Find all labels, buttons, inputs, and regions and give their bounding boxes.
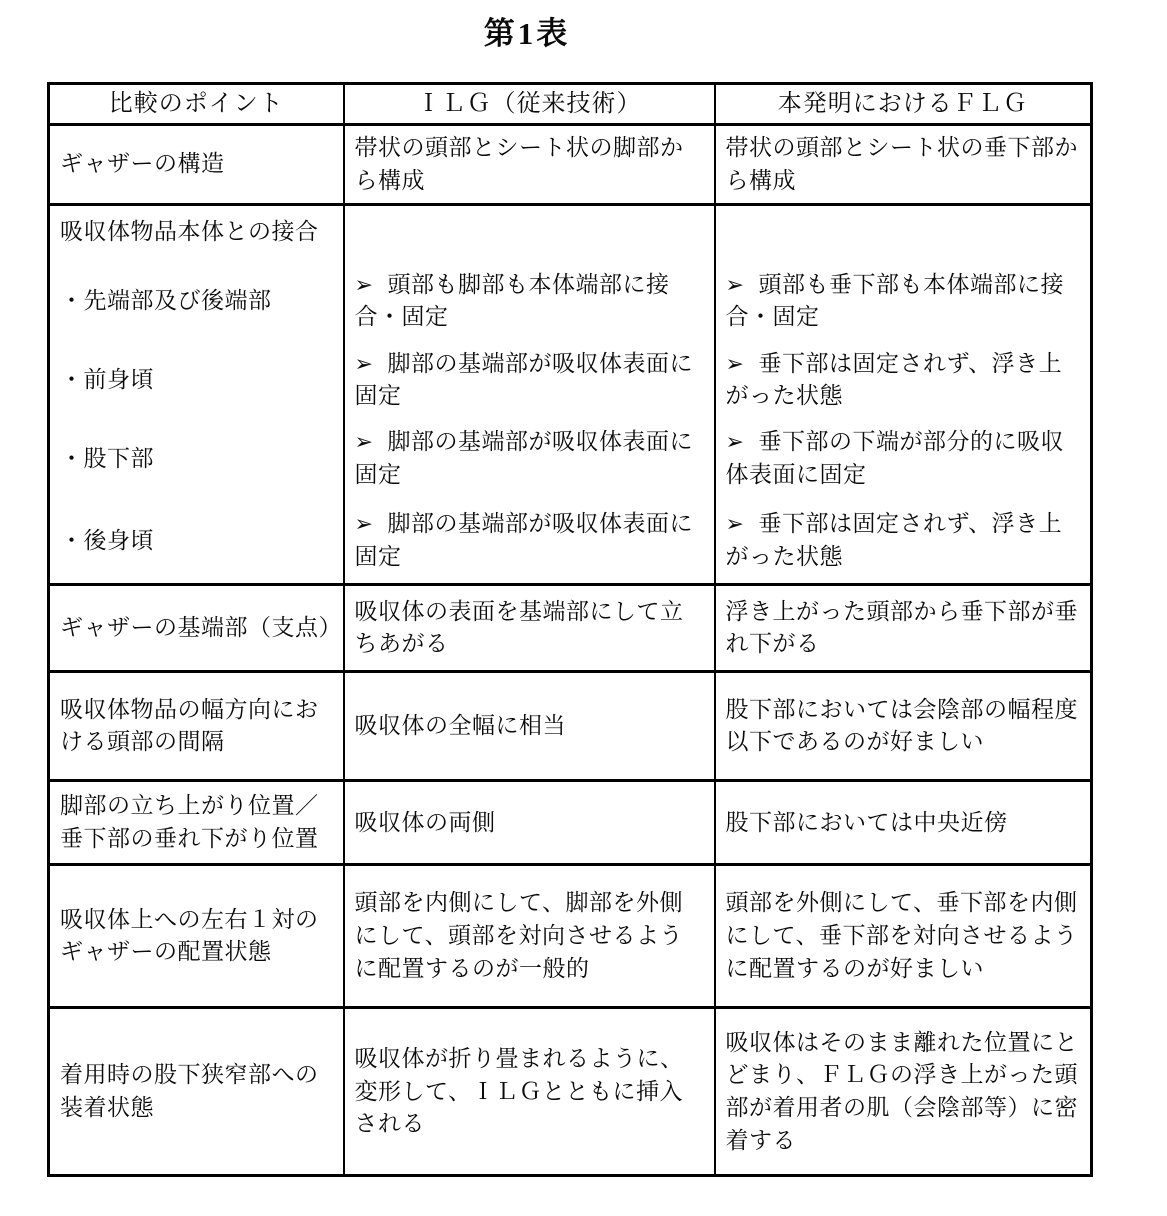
row-gather-structure: ギャザーの構造 帯状の頭部とシート状の脚部から構成 帯状の頭部とシート状の垂下部…: [49, 125, 1092, 205]
ilg-joining-item-2: ➢脚部の基端部が吸収体表面に固定: [345, 341, 714, 419]
cell-point-wearing-state: 着用時の股下狭窄部への装着状態: [49, 1008, 344, 1176]
cell-flg-gather-base: 浮き上がった頭部から垂下部が垂れ下がる: [715, 585, 1092, 672]
row-pair-arrangement: 吸収体上への左右１対のギャザーの配置状態 頭部を内側にして、脚部を外側にして、頭…: [49, 865, 1092, 1008]
cell-point-body-joining: 吸収体物品本体との接合 ・先端部及び後端部 ・前身頃 ・股下部 ・後身頃: [49, 205, 344, 585]
cell-ilg-body-joining: ➢頭部も脚部も本体端部に接合・固定 ➢脚部の基端部が吸収体表面に固定 ➢脚部の基…: [344, 205, 715, 585]
cell-point-gather-base: ギャザーの基端部（支点）: [49, 585, 344, 672]
flg-joining-item-4: ➢垂下部は固定されず、浮き上がった状態: [716, 498, 1091, 583]
joining-point-front-rear-ends: ・先端部及び後端部: [50, 261, 343, 341]
flg-joining-text-3: 垂下部の下端が部分的に吸収体表面に固定: [726, 429, 1064, 487]
cell-ilg-gather-base: 吸収体の表面を基端部にして立ちあがる: [344, 585, 715, 672]
cell-flg-body-joining: ➢頭部も垂下部も本体端部に接合・固定 ➢垂下部は固定されず、浮き上がった状態 ➢…: [715, 205, 1092, 585]
joining-section-title: 吸収体物品本体との接合: [50, 206, 343, 261]
cell-point-pair-arrangement: 吸収体上への左右１対のギャザーの配置状態: [49, 865, 344, 1008]
comparison-table: 比較のポイント ＩＬＧ（従来技術） 本発明におけるＦＬＧ ギャザーの構造 帯状の…: [47, 82, 1093, 1177]
flg-joining-text-4: 垂下部は固定されず、浮き上がった状態: [726, 511, 1063, 569]
cell-flg-pair-arrangement: 頭部を外側にして、垂下部を内側にして、垂下部を対向させるように配置するのが好まし…: [715, 865, 1092, 1008]
row-head-spacing: 吸収体物品の幅方向における頭部の間隔 吸収体の全幅に相当 股下部においては会陰部…: [49, 672, 1092, 781]
header-flg: 本発明におけるＦＬＧ: [715, 84, 1092, 125]
joining-point-front-body: ・前身頃: [50, 341, 343, 419]
arrow-bullet-icon: ➢: [355, 511, 374, 536]
arrow-bullet-icon: ➢: [355, 429, 374, 454]
ilg-joining-item-4: ➢脚部の基端部が吸収体表面に固定: [345, 498, 714, 583]
cell-point-head-spacing: 吸収体物品の幅方向における頭部の間隔: [49, 672, 344, 781]
page-title: 第1表: [47, 8, 1007, 53]
row-gather-base: ギャザーの基端部（支点） 吸収体の表面を基端部にして立ちあがる 浮き上がった頭部…: [49, 585, 1092, 672]
arrow-bullet-icon: ➢: [726, 351, 745, 376]
cell-point-rise-position: 脚部の立ち上がり位置／垂下部の垂れ下がり位置: [49, 781, 344, 865]
cell-point-gather-structure: ギャザーの構造: [49, 125, 344, 205]
flg-joining-item-3: ➢垂下部の下端が部分的に吸収体表面に固定: [716, 419, 1091, 498]
arrow-bullet-icon: ➢: [726, 272, 745, 297]
ilg-joining-text-4: 脚部の基端部が吸収体表面に固定: [355, 511, 693, 569]
joining-point-rear-body: ・後身頃: [50, 498, 343, 583]
cell-flg-wearing-state: 吸収体はそのまま離れた位置にとどまり、ＦＬＧの浮き上がった頭部が着用者の肌（会陰…: [715, 1008, 1092, 1176]
cell-flg-rise-position: 股下部においては中央近傍: [715, 781, 1092, 865]
ilg-joining-item-1: ➢頭部も脚部も本体端部に接合・固定: [345, 261, 714, 341]
cell-ilg-gather-structure: 帯状の頭部とシート状の脚部から構成: [344, 125, 715, 205]
header-comparison-point: 比較のポイント: [49, 84, 344, 125]
ilg-joining-text-2: 脚部の基端部が吸収体表面に固定: [355, 351, 693, 409]
arrow-bullet-icon: ➢: [726, 429, 745, 454]
arrow-bullet-icon: ➢: [355, 351, 374, 376]
joining-point-crotch: ・股下部: [50, 419, 343, 498]
cell-ilg-head-spacing: 吸収体の全幅に相当: [344, 672, 715, 781]
ilg-joining-text-3: 脚部の基端部が吸収体表面に固定: [355, 429, 693, 487]
arrow-bullet-icon: ➢: [355, 272, 374, 297]
ilg-joining-item-3: ➢脚部の基端部が吸収体表面に固定: [345, 419, 714, 498]
row-wearing-state: 着用時の股下狭窄部への装着状態 吸収体が折り畳まれるように、変形して、ＩＬＧとと…: [49, 1008, 1092, 1176]
flg-joining-item-1: ➢頭部も垂下部も本体端部に接合・固定: [716, 261, 1091, 341]
cell-ilg-pair-arrangement: 頭部を内側にして、脚部を外側にして、頭部を対向させるように配置するのが一般的: [344, 865, 715, 1008]
flg-joining-text-2: 垂下部は固定されず、浮き上がった状態: [726, 351, 1063, 409]
row-rise-position: 脚部の立ち上がり位置／垂下部の垂れ下がり位置 吸収体の両側 股下部においては中央…: [49, 781, 1092, 865]
ilg-joining-text-1: 頭部も脚部も本体端部に接合・固定: [355, 272, 670, 330]
flg-joining-text-1: 頭部も垂下部も本体端部に接合・固定: [726, 272, 1064, 330]
flg-joining-item-2: ➢垂下部は固定されず、浮き上がった状態: [716, 341, 1091, 419]
header-row: 比較のポイント ＩＬＧ（従来技術） 本発明におけるＦＬＧ: [49, 84, 1092, 125]
cell-flg-head-spacing: 股下部においては会陰部の幅程度以下であるのが好ましい: [715, 672, 1092, 781]
arrow-bullet-icon: ➢: [726, 511, 745, 536]
cell-ilg-rise-position: 吸収体の両側: [344, 781, 715, 865]
row-body-joining: 吸収体物品本体との接合 ・先端部及び後端部 ・前身頃 ・股下部 ・後身頃 ➢頭部…: [49, 205, 1092, 585]
cell-ilg-wearing-state: 吸収体が折り畳まれるように、変形して、ＩＬＧとともに挿入される: [344, 1008, 715, 1176]
cell-flg-gather-structure: 帯状の頭部とシート状の垂下部から構成: [715, 125, 1092, 205]
header-ilg: ＩＬＧ（従来技術）: [344, 84, 715, 125]
